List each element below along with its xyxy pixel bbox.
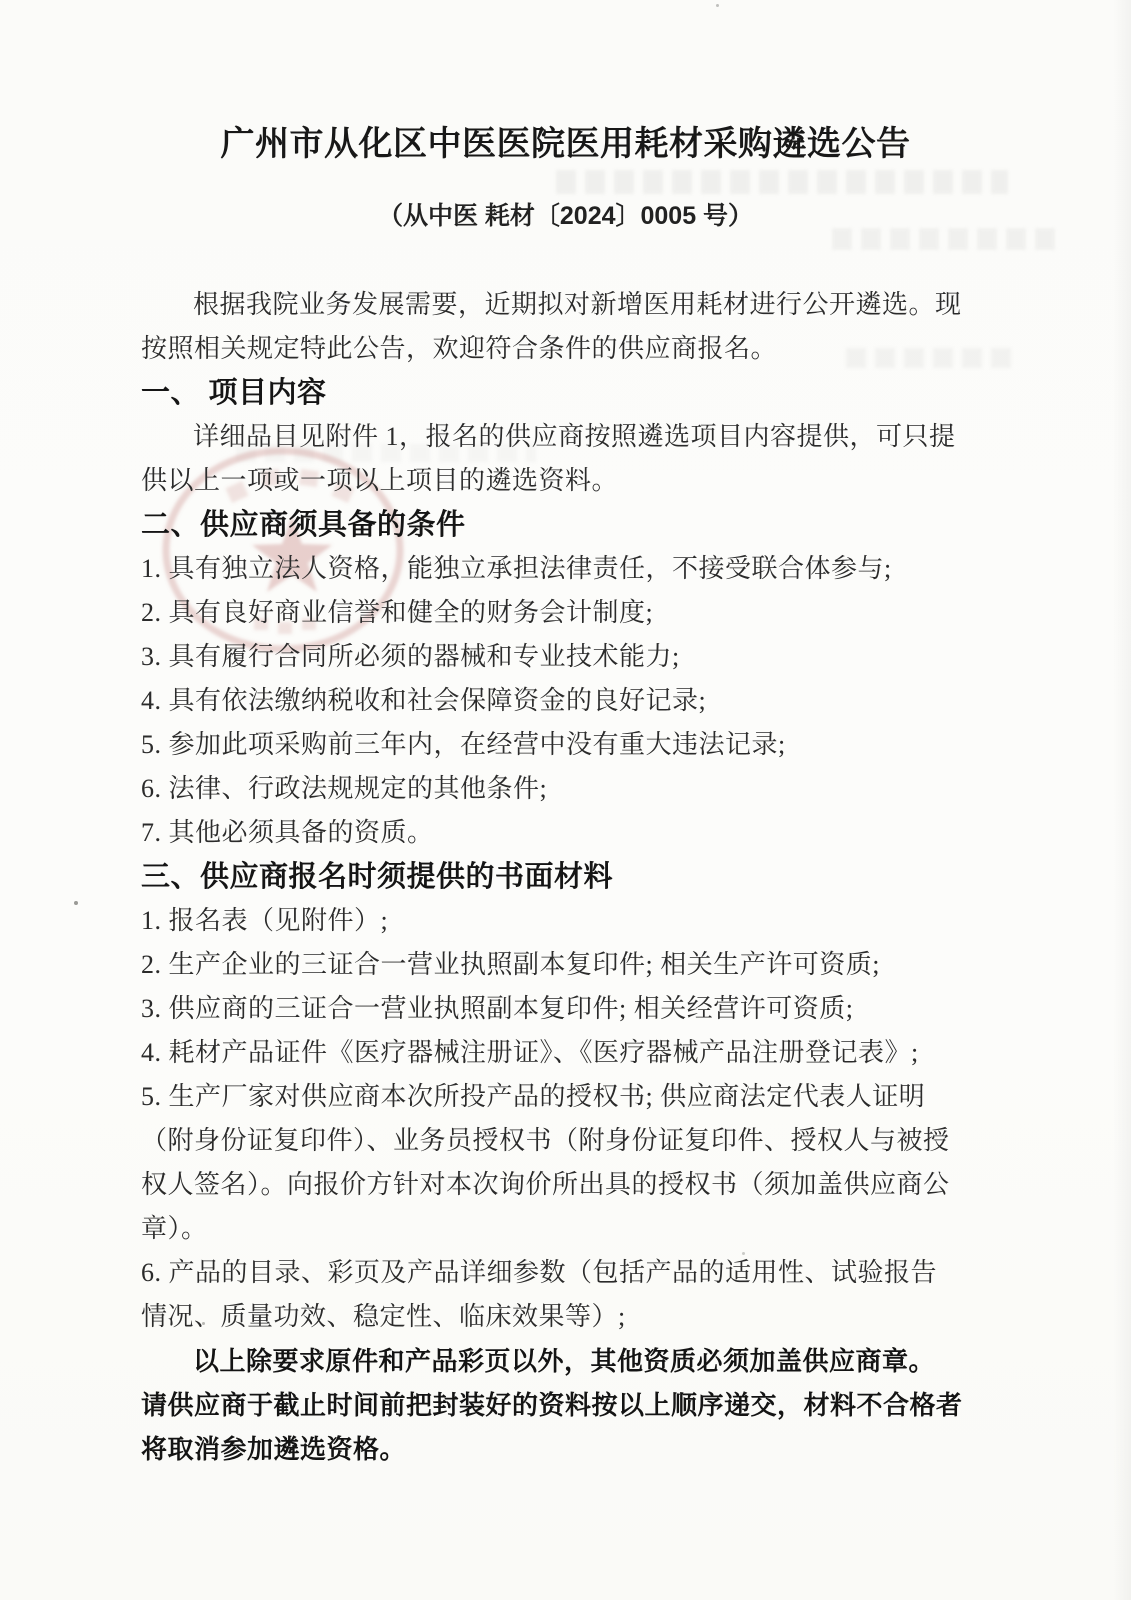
requirement-item-5: 5. 参加此项采购前三年内，在经营中没有重大违法记录; — [141, 723, 941, 767]
material-line-5: 5. 生产厂家对供应商本次所投产品的授权书; 供应商法定代表人证明 — [141, 1075, 941, 1119]
material-line-5-cont-2: 权人签名）。向报价方针对本次询价所出具的授权书（须加盖供应商公 — [141, 1163, 941, 1207]
material-line-3: 3. 供应商的三证合一营业执照副本复印件; 相关经营许可资质; — [141, 987, 941, 1031]
section1-line-2: 供以上一项或一项以上项目的遴选资料。 — [141, 459, 941, 503]
section1-line-1: 详细品目见附件 1，报名的供应商按照遴选项目内容提供，可只提 — [141, 415, 941, 459]
requirement-item-1: 1. 具有独立法人资格，能独立承担法律责任，不接受联合体参与; — [141, 547, 941, 591]
section1-heading: 一、 项目内容 — [141, 371, 941, 415]
intro-line-1: 根据我院业务发展需要，近期拟对新增医用耗材进行公开遴选。现 — [141, 283, 941, 327]
material-line-6-cont: 情况、质量功效、稳定性、临床效果等）; — [141, 1295, 941, 1339]
closing-bold-line-1: 以上除要求原件和产品彩页以外，其他资质必须加盖供应商章。 — [141, 1339, 941, 1383]
material-line-6: 6. 产品的目录、彩页及产品详细参数（包括产品的适用性、试验报告 — [141, 1251, 941, 1295]
section2-heading: 二、供应商须具备的条件 — [141, 503, 941, 547]
requirement-item-7: 7. 其他必须具备的资质。 — [141, 811, 941, 855]
closing-bold-line-2: 请供应商于截止时间前把封装好的资料按以上顺序递交，材料不合格者 — [141, 1383, 941, 1427]
document-title: 广州市从化区中医医院医用耗材采购遴选公告 — [0, 122, 1131, 166]
requirement-item-2: 2. 具有良好商业信誉和健全的财务会计制度; — [141, 591, 941, 635]
intro-line-2: 按照相关规定特此公告，欢迎符合条件的供应商报名。 — [141, 327, 941, 371]
requirement-item-6: 6. 法律、行政法规规定的其他条件; — [141, 767, 941, 811]
closing-bold-line-3: 将取消参加遴选资格。 — [141, 1427, 941, 1471]
requirement-item-3: 3. 具有履行合同所必须的器械和专业技术能力; — [141, 635, 941, 679]
material-line-2: 2. 生产企业的三证合一营业执照副本复印件; 相关生产许可资质; — [141, 943, 941, 987]
document-body: 根据我院业务发展需要，近期拟对新增医用耗材进行公开遴选。现 按照相关规定特此公告… — [141, 283, 941, 1471]
scan-speck — [74, 901, 78, 905]
material-line-5-cont-1: （附身份证复印件）、业务员授权书（附身份证复印件、授权人与被授 — [141, 1119, 941, 1163]
document-number: （从中医 耗材〔2024〕0005 号） — [0, 198, 1131, 234]
section3-heading: 三、供应商报名时须提供的书面材料 — [141, 855, 941, 899]
requirement-item-4: 4. 具有依法缴纳税收和社会保障资金的良好记录; — [141, 679, 941, 723]
material-line-5-cont-3: 章）。 — [141, 1207, 941, 1251]
scan-speck — [716, 4, 719, 7]
material-line-1: 1. 报名表（见附件）; — [141, 899, 941, 943]
bleedthrough-ghost-text — [556, 170, 1008, 194]
scanned-document-page: 广州市从化区中医医院医用耗材采购遴选公告 （从中医 耗材〔2024〕0005 号… — [0, 0, 1131, 1600]
material-line-4: 4. 耗材产品证件《医疗器械注册证》、《医疗器械产品注册登记表》; — [141, 1031, 941, 1075]
